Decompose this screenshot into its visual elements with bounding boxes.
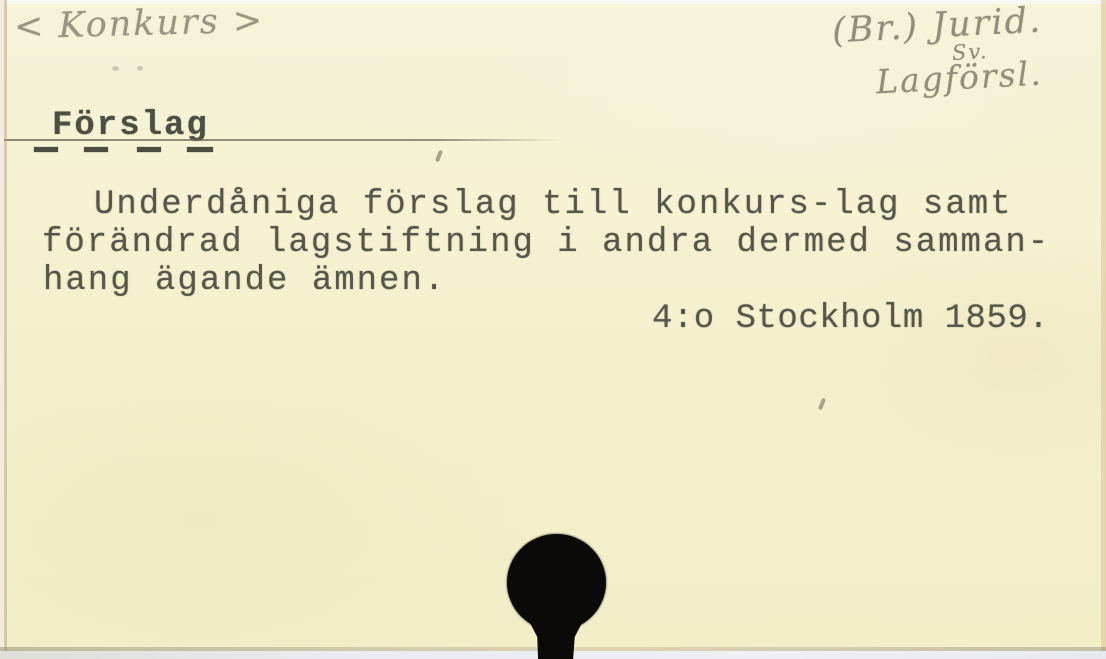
pencil-speck bbox=[112, 66, 119, 71]
entry-text-line: Underdåniga förslag till konkurs-lag sam… bbox=[94, 186, 1013, 224]
heading-rule-line bbox=[0, 139, 562, 141]
heading-underscore-dash bbox=[187, 147, 213, 152]
entry-text-line: förändrad lagstiftning i andra dermed sa… bbox=[42, 224, 1050, 262]
heading-underscore-dash bbox=[34, 147, 58, 152]
pencil-speck bbox=[137, 66, 143, 71]
card-edge-left-shadow bbox=[4, 0, 7, 651]
scanned-catalog-card: < Konkurs > (Br.) Jurid. Sv. Lagförsl. F… bbox=[0, 0, 1106, 659]
handwritten-subject-note: < Konkurs > bbox=[14, 1, 265, 48]
heading-underscore-dash bbox=[84, 147, 108, 152]
scan-edge-top bbox=[0, 0, 1106, 4]
card-edge-right-shadow bbox=[1101, 0, 1106, 651]
imprint-line: 4:o Stockholm 1859. bbox=[652, 300, 1049, 338]
heading-underscore-dash bbox=[137, 147, 161, 152]
entry-text-line: hang ägande ämnen. bbox=[43, 262, 446, 300]
